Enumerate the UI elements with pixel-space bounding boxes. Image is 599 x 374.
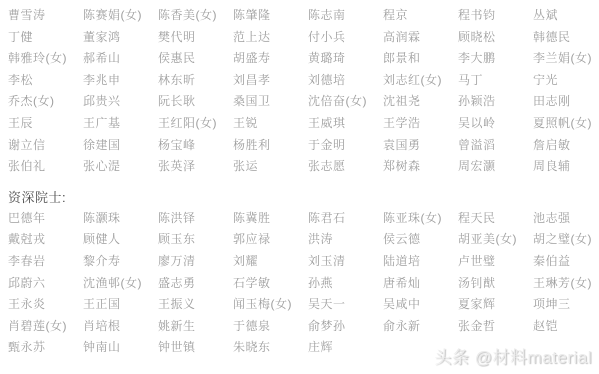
academician-name: 廖万清 — [158, 251, 233, 273]
academician-name: 乔杰(女) — [8, 91, 83, 113]
academician-name: 郎景和 — [383, 48, 458, 70]
academician-name: 程京 — [383, 5, 458, 27]
academician-name: 谢立信 — [8, 135, 83, 157]
academician-name: 钟世镇 — [158, 337, 233, 359]
academician-name: 侯惠民 — [158, 48, 233, 70]
academician-name: 闻玉梅(女) — [233, 294, 308, 316]
academician-name: 沈渔邨(女) — [83, 273, 158, 295]
academician-name: 樊代明 — [158, 27, 233, 49]
academician-name: 洪涛 — [308, 229, 383, 251]
academician-name: 陈赛娟(女) — [83, 5, 158, 27]
academician-name: 王永炎 — [8, 294, 83, 316]
academician-name: 刘昌孝 — [233, 70, 308, 92]
academician-name: 杨宝峰 — [158, 135, 233, 157]
academician-name: 范上达 — [233, 27, 308, 49]
academician-name: 孙颖浩 — [458, 91, 533, 113]
academician-name: 顾健人 — [83, 229, 158, 251]
academician-name: 甄永苏 — [8, 337, 83, 359]
academician-name: 程书钧 — [458, 5, 533, 27]
academician-name: 钟南山 — [83, 337, 158, 359]
academician-name: 袁国勇 — [383, 135, 458, 157]
academician-name: 付小兵 — [308, 27, 383, 49]
academician-name: 郑树森 — [383, 156, 458, 178]
academician-name: 庄辉 — [308, 337, 383, 359]
academician-name: 张运 — [233, 156, 308, 178]
academician-name: 孙燕 — [308, 273, 383, 295]
academician-name: 俞梦孙 — [308, 316, 383, 338]
academician-name: 汤钊猷 — [458, 273, 533, 295]
academician-name: 肖培根 — [83, 316, 158, 338]
academician-name: 丛斌 — [533, 5, 599, 27]
academician-name: 戴尅戎 — [8, 229, 83, 251]
academician-name: 王广基 — [83, 113, 158, 135]
academician-name: 李春岩 — [8, 251, 83, 273]
academician-name: 程天民 — [458, 208, 533, 230]
academician-name: 王正国 — [83, 294, 158, 316]
academician-name: 周良辅 — [533, 156, 599, 178]
academician-name: 高润霖 — [383, 27, 458, 49]
academician-name: 张志愿 — [308, 156, 383, 178]
academician-name: 王琳芳(女) — [533, 273, 599, 295]
academician-name: 顾玉东 — [158, 229, 233, 251]
academician-name: 俞永新 — [383, 316, 458, 338]
academician-name: 刘德培 — [308, 70, 383, 92]
academician-name: 赵铠 — [533, 316, 599, 338]
academician-name: 陈冀胜 — [233, 208, 308, 230]
academician-name: 李兆申 — [83, 70, 158, 92]
academician-name: 卢世璧 — [458, 251, 533, 273]
academician-name: 陈亚珠(女) — [383, 208, 458, 230]
academician-name: 朱晓东 — [233, 337, 308, 359]
academician-name: 于金明 — [308, 135, 383, 157]
academician-name: 盛志勇 — [158, 273, 233, 295]
academician-name: 阮长耿 — [158, 91, 233, 113]
academician-name: 陈香美(女) — [158, 5, 233, 27]
academician-name: 刘志红(女) — [383, 70, 458, 92]
page: 曹雪涛陈赛娟(女)陈香美(女)陈肇隆陈志南程京程书钧丛斌丁健董家鸿樊代明范上达付… — [0, 0, 599, 374]
academician-name: 胡盛寿 — [233, 48, 308, 70]
academician-name: 夏照帆(女) — [533, 113, 599, 135]
academician-name: 项坤三 — [533, 294, 599, 316]
academician-name: 李兰娟(女) — [533, 48, 599, 70]
academician-name: 陈肇隆 — [233, 5, 308, 27]
academician-name: 唐希灿 — [383, 273, 458, 295]
academician-name: 张心湜 — [83, 156, 158, 178]
academician-name: 侯云德 — [383, 229, 458, 251]
academician-name: 田志刚 — [533, 91, 599, 113]
senior-academician-grid: 巴德年陈灏珠陈洪铎陈冀胜陈君石陈亚珠(女)程天民池志强戴尅戎顾健人顾玉东郭应禄洪… — [0, 208, 599, 359]
academician-name: 巴德年 — [8, 208, 83, 230]
academician-name: 吴以岭 — [458, 113, 533, 135]
academician-name: 陈洪铎 — [158, 208, 233, 230]
academician-name: 李松 — [8, 70, 83, 92]
academician-name: 刘玉清 — [308, 251, 383, 273]
academician-name: 丁健 — [8, 27, 83, 49]
academician-name: 曹雪涛 — [8, 5, 83, 27]
academician-name: 胡之璧(女) — [533, 229, 599, 251]
academician-name: 马丁 — [458, 70, 533, 92]
academician-name: 张英泽 — [158, 156, 233, 178]
academician-name: 姚新生 — [158, 316, 233, 338]
academician-name: 胡亚美(女) — [458, 229, 533, 251]
academician-name: 秦伯益 — [533, 251, 599, 273]
academician-name: 张伯礼 — [8, 156, 83, 178]
academician-name: 吴咸中 — [383, 294, 458, 316]
academician-name: 池志强 — [533, 208, 599, 230]
academician-name: 王威琪 — [308, 113, 383, 135]
academician-name: 吴天一 — [308, 294, 383, 316]
academician-grid: 曹雪涛陈赛娟(女)陈香美(女)陈肇隆陈志南程京程书钧丛斌丁健董家鸿樊代明范上达付… — [0, 0, 599, 178]
academician-name: 董家鸿 — [83, 27, 158, 49]
academician-name: 韩雅玲(女) — [8, 48, 83, 70]
academician-name: 郝希山 — [83, 48, 158, 70]
academician-name: 肖碧莲(女) — [8, 316, 83, 338]
academician-name: 韩德民 — [533, 27, 599, 49]
senior-section-header: 资深院士: — [0, 188, 599, 208]
academician-name: 于德泉 — [233, 316, 308, 338]
academician-name: 杨胜利 — [233, 135, 308, 157]
academician-name: 沈祖尧 — [383, 91, 458, 113]
academician-name: 黄璐琦 — [308, 48, 383, 70]
academician-name: 王红阳(女) — [158, 113, 233, 135]
academician-name: 夏家辉 — [458, 294, 533, 316]
academician-name: 陈志南 — [308, 5, 383, 27]
academician-name: 顾晓松 — [458, 27, 533, 49]
academician-name: 张金哲 — [458, 316, 533, 338]
academician-name: 詹启敏 — [533, 135, 599, 157]
academician-name: 王辰 — [8, 113, 83, 135]
academician-name: 黎介寿 — [83, 251, 158, 273]
academician-name: 周宏灏 — [458, 156, 533, 178]
academician-name: 徐建国 — [83, 135, 158, 157]
academician-name: 王学浩 — [383, 113, 458, 135]
academician-name: 邱贵兴 — [83, 91, 158, 113]
watermark: 头条 @材料material — [435, 347, 592, 368]
academician-name: 陆道培 — [383, 251, 458, 273]
academician-name: 石学敏 — [233, 273, 308, 295]
academician-name: 邱蔚六 — [8, 273, 83, 295]
academician-name: 陈灏珠 — [83, 208, 158, 230]
academician-name: 宁光 — [533, 70, 599, 92]
academician-name: 陈君石 — [308, 208, 383, 230]
academician-name: 桑国卫 — [233, 91, 308, 113]
academician-name: 林东昕 — [158, 70, 233, 92]
academician-name: 曾溢滔 — [458, 135, 533, 157]
academician-name: 王锐 — [233, 113, 308, 135]
academician-name: 李大鹏 — [458, 48, 533, 70]
academician-name: 郭应禄 — [233, 229, 308, 251]
academician-name: 沈倍奋(女) — [308, 91, 383, 113]
academician-name: 王振义 — [158, 294, 233, 316]
academician-name: 刘耀 — [233, 251, 308, 273]
